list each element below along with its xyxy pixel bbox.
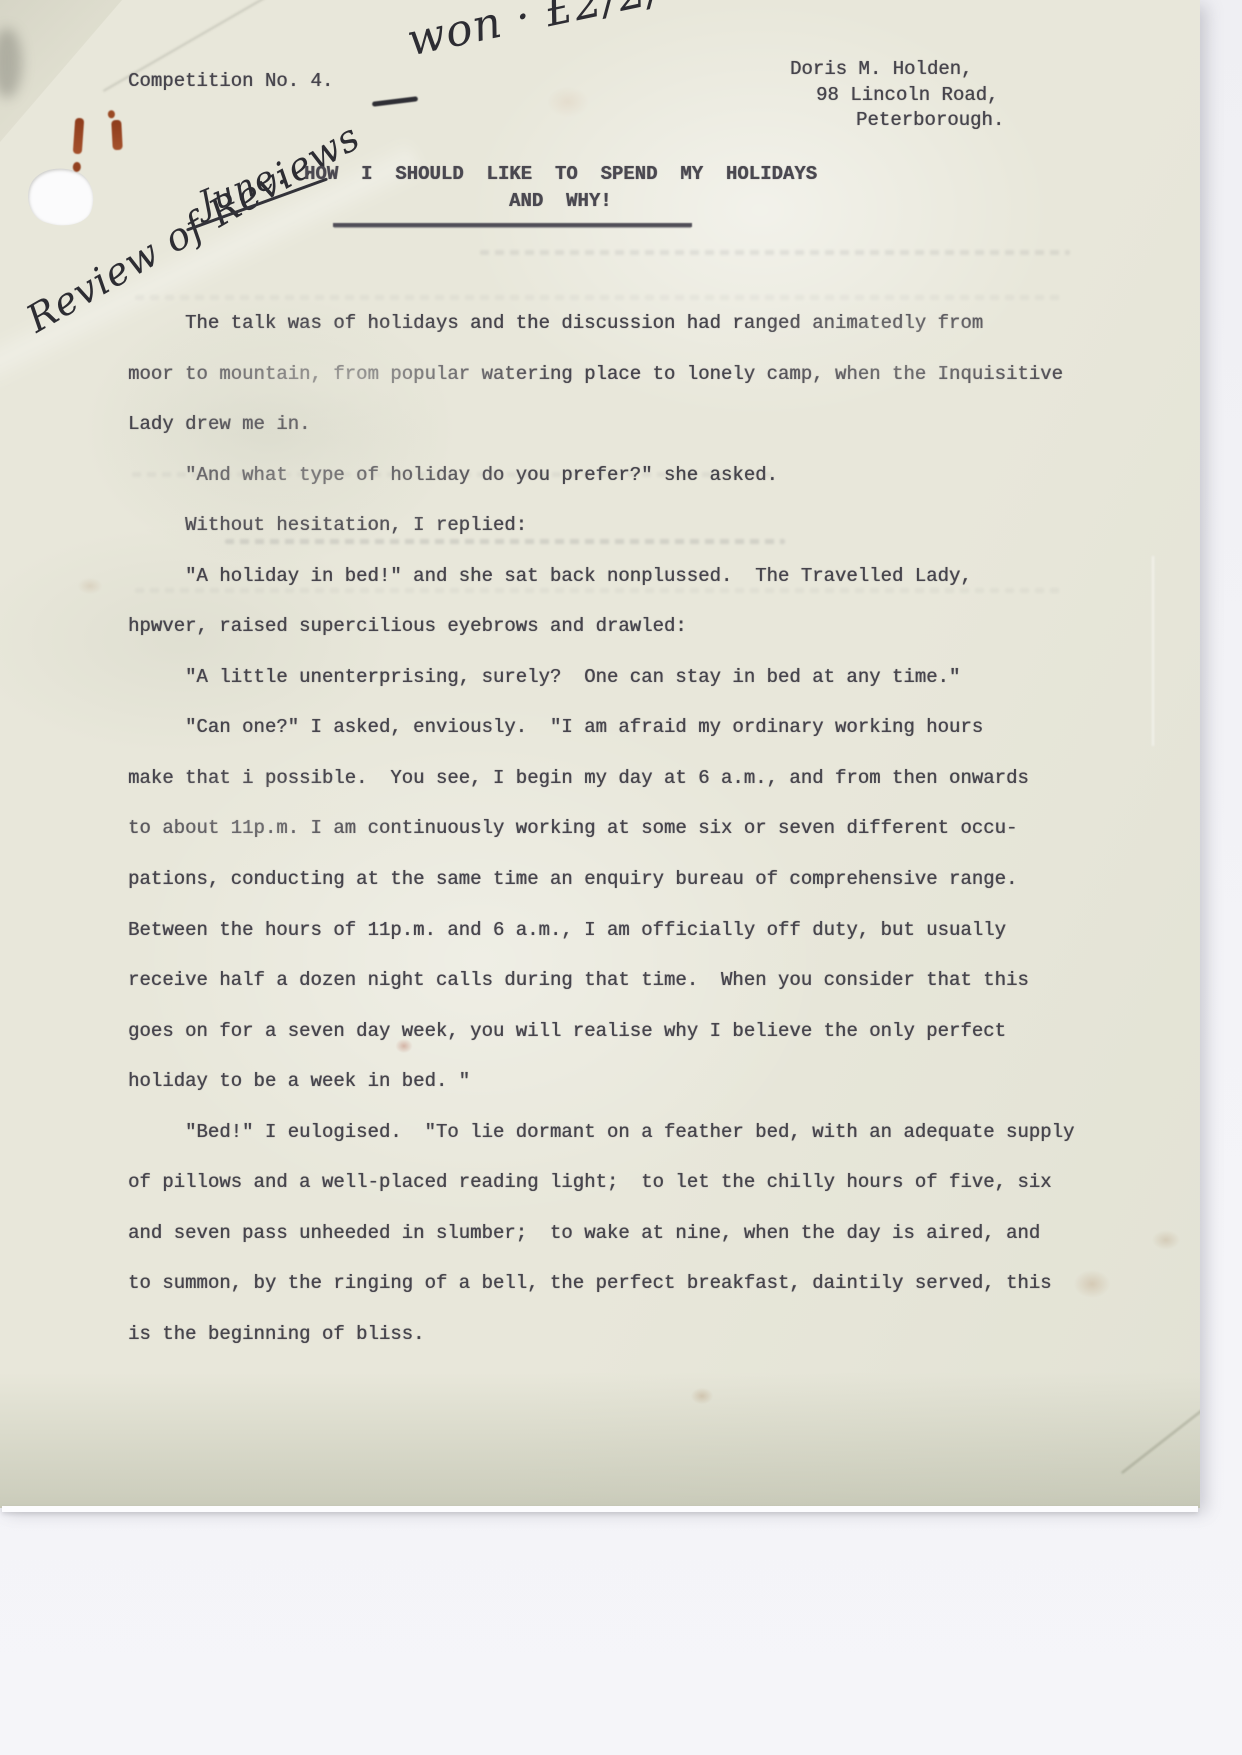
paper-crease xyxy=(1152,556,1154,746)
rust-stain xyxy=(73,118,84,155)
body-line: "Can one?" I asked, enviously. "I am afr… xyxy=(128,702,1088,753)
author-street: 98 Lincoln Road, xyxy=(816,83,1004,109)
title-underline xyxy=(333,223,692,227)
scanner-background: Competition No. 4. Doris M. Holden, 98 L… xyxy=(0,0,1242,1755)
essay-body: The talk was of holidays and the discuss… xyxy=(128,298,1088,1359)
body-line: holiday to be a week in bed. " xyxy=(128,1056,1088,1107)
paper-crease xyxy=(1121,1392,1200,1474)
essay-title-line1: HOW I SHOULD LIKE TO SPEND MY HOLIDAYS xyxy=(304,163,817,185)
body-line: "Bed!" I eulogised. "To lie dormant on a… xyxy=(128,1107,1088,1158)
competition-number: Competition No. 4. xyxy=(128,70,333,92)
body-line: The talk was of holidays and the discuss… xyxy=(128,298,1088,349)
body-line: hpwver, raised supercilious eyebrows and… xyxy=(128,601,1088,652)
body-line: "And what type of holiday do you prefer?… xyxy=(128,450,1088,501)
author-address-block: Doris M. Holden, 98 Lincoln Road, Peterb… xyxy=(790,57,1004,134)
paper-bottom-edge xyxy=(2,1506,1198,1512)
essay-title-line2: AND WHY! xyxy=(509,190,612,212)
body-line: to about 11p.m. I am continuously workin… xyxy=(128,803,1088,854)
body-line: moor to mountain, from popular watering … xyxy=(128,349,1088,400)
body-line: of pillows and a well-placed reading lig… xyxy=(128,1157,1088,1208)
body-line: receive half a dozen night calls during … xyxy=(128,955,1088,1006)
body-line: Lady drew me in. xyxy=(128,399,1088,450)
body-line: Between the hours of 11p.m. and 6 a.m., … xyxy=(128,905,1088,956)
body-line: is the beginning of bliss. xyxy=(128,1309,1088,1360)
body-line: "A little unenterprising, surely? One ca… xyxy=(128,652,1088,703)
handwritten-prize-note: won · £2/2/- xyxy=(403,0,683,66)
body-line: Without hesitation, I replied: xyxy=(128,500,1088,551)
pen-stroke xyxy=(372,96,418,107)
body-line: to summon, by the ringing of a bell, the… xyxy=(128,1258,1088,1309)
author-name: Doris M. Holden, xyxy=(790,57,1004,83)
paper-tear xyxy=(21,159,102,235)
body-line: goes on for a seven day week, you will r… xyxy=(128,1006,1088,1057)
body-line: "A holiday in bed!" and she sat back non… xyxy=(128,551,1088,602)
body-line: make that i possible. You see, I begin m… xyxy=(128,753,1088,804)
rust-stain xyxy=(111,120,123,150)
body-line: pations, conducting at the same time an … xyxy=(128,854,1088,905)
ghost-text-impression xyxy=(480,250,1070,255)
document-page: Competition No. 4. Doris M. Holden, 98 L… xyxy=(0,0,1200,1508)
body-line: and seven pass unheeded in slumber; to w… xyxy=(128,1208,1088,1259)
author-city: Peterborough. xyxy=(856,108,1004,134)
